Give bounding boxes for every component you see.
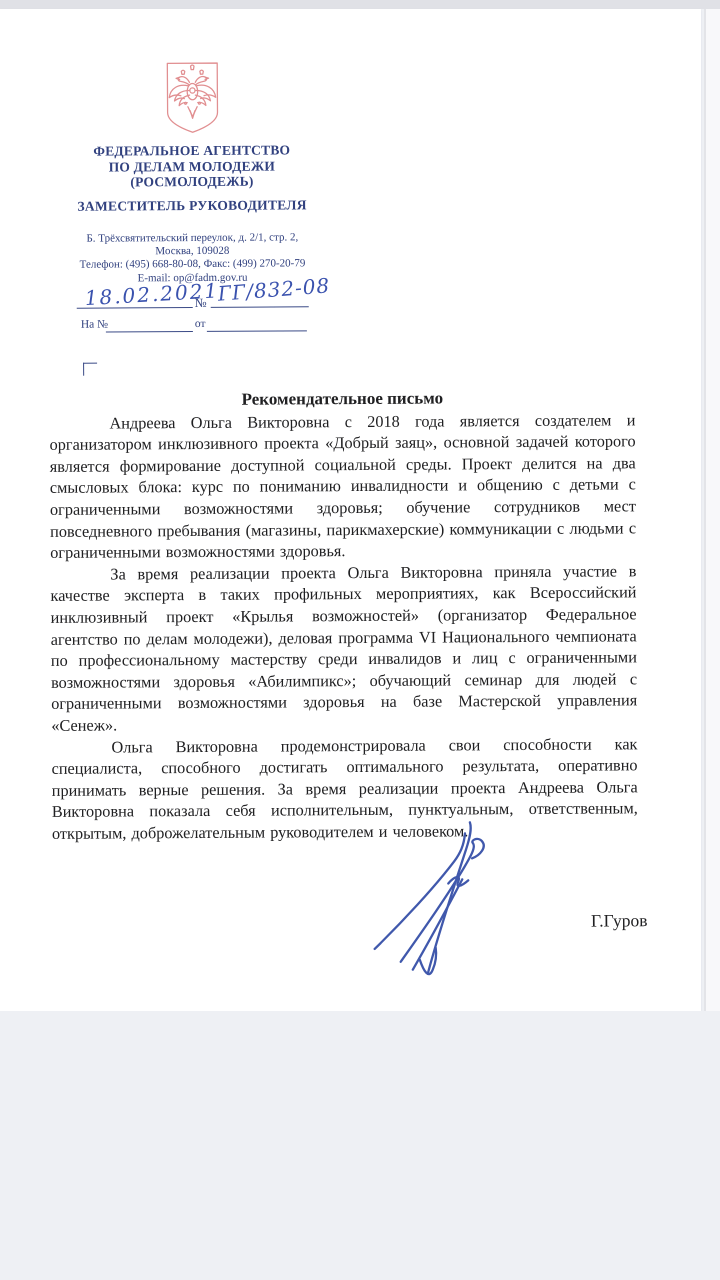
letter-title: Рекомендательное письмо: [49, 386, 635, 411]
scanned-letter-screenshot: ФЕДЕРАЛЬНОЕ АГЕНТСТВО ПО ДЕЛАМ МОЛОДЕЖИ …: [0, 0, 720, 1280]
phone-fax-line: Телефон: (495) 668-80-08, Факс: (499) 27…: [38, 257, 346, 272]
position-title: ЗАМЕСТИТЕЛЬ РУКОВОДИТЕЛЯ: [42, 197, 342, 215]
paragraph-1: Андреева Ольга Викторовна с 2018 года яв…: [49, 409, 636, 564]
number-underline: [211, 306, 309, 308]
org-name-line: (РОСМОЛОДЕЖЬ): [48, 173, 336, 190]
org-name-line: ФЕДЕРАЛЬНОЕ АГЕНТСТВО: [48, 142, 336, 159]
letter-body: Рекомендательное письмо Андреева Ольга В…: [49, 386, 638, 844]
incoming-from-label: от: [195, 318, 206, 330]
signatory-name: Г.Гуров: [52, 910, 647, 935]
number-sign-label: №: [195, 296, 207, 311]
paragraph-2: За время реализации проекта Ольга Виктор…: [50, 560, 637, 736]
addressee-corner-mark: [83, 363, 97, 376]
russia-coat-of-arms-icon: [163, 61, 221, 135]
org-name-line: ПО ДЕЛАМ МОЛОДЕЖИ: [48, 158, 336, 175]
incoming-from-underline: [207, 330, 307, 332]
incoming-number-label: На №: [81, 319, 108, 331]
date-underline: [77, 307, 193, 309]
paragraph-3: Ольга Викторовна продемонстрировала свои…: [51, 733, 638, 845]
background-bottom-area: [0, 1011, 720, 1280]
incoming-number-underline: [106, 331, 193, 333]
org-name: ФЕДЕРАЛЬНОЕ АГЕНТСТВО ПО ДЕЛАМ МОЛОДЕЖИ …: [48, 142, 336, 190]
